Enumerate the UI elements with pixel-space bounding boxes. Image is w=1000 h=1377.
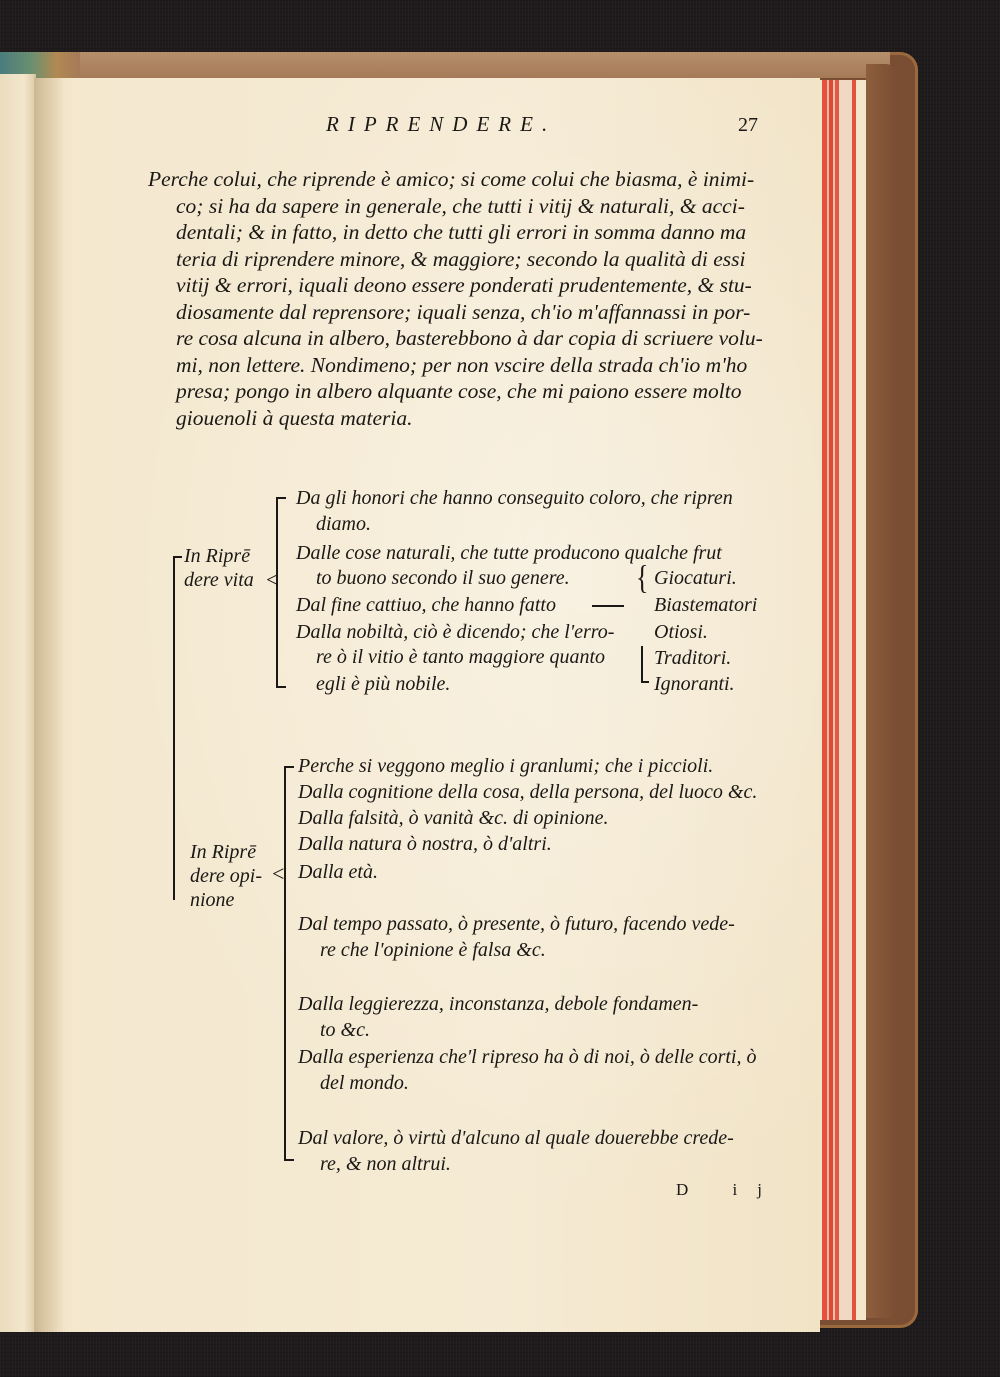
opinione-item: Dalla natura ò nostra, ò d'altri. — [298, 832, 552, 856]
paragraph-line: co; si ha da sapere in generale, che tut… — [148, 193, 808, 220]
opinione-item-cont: re che l'opinione è falsa &c. — [320, 938, 546, 962]
intro-paragraph: Perche colui, che riprende è amico; si c… — [148, 166, 808, 431]
branch-vita-label-line: In Riprē — [184, 544, 250, 568]
opinione-item: Dal valore, ò virtù d'alcuno al quale do… — [298, 1126, 734, 1150]
vita-item: Da gli honori che hanno conseguito color… — [296, 486, 733, 510]
page-number: 27 — [738, 114, 758, 137]
vita-item: Dalla nobiltà, ciò è dicendo; che l'erro… — [296, 620, 614, 644]
vita-item-cont: diamo. — [316, 512, 371, 536]
opinione-item: Dal tempo passato, ò presente, ò futuro,… — [298, 912, 735, 936]
vita-item-cont: egli è più nobile. — [316, 672, 450, 696]
sub-brace: { — [636, 562, 648, 593]
paragraph-line: presa; pongo in albero alquante cose, ch… — [148, 378, 808, 405]
brace-opinione-point: < — [272, 862, 284, 886]
vita-item: Dal fine cattiuo, che hanno fatto — [296, 593, 556, 617]
red-fore-edge — [818, 80, 866, 1320]
paragraph-line: diosamente dal reprensore; iquali senza,… — [148, 299, 808, 326]
paragraph-line: Perche colui, che riprende è amico; si c… — [148, 166, 808, 193]
paragraph-line: mi, non lettere. Nondimeno; per non vsci… — [148, 352, 808, 379]
opinione-item: Dalla cognitione della cosa, della perso… — [298, 780, 757, 804]
master-bracket-top — [174, 556, 182, 558]
brace-vita-bottom — [276, 686, 286, 688]
vita-item-cont: re ò il vitio è tanto maggiore quanto — [316, 645, 605, 669]
sub-bracket-line — [641, 646, 643, 682]
cover-top-edge — [60, 52, 890, 78]
vita-item: Dalle cose naturali, che tutte producono… — [296, 541, 722, 565]
paragraph-line: re cosa alcuna in albero, basterebbono à… — [148, 325, 808, 352]
paragraph-line: vitij & errori, iquali deono essere pond… — [148, 272, 808, 299]
branch-opinione-label-line: dere opi- — [190, 864, 262, 888]
opinione-item-cont: to &c. — [320, 1018, 370, 1042]
vice-item: Traditori. — [654, 646, 731, 670]
vice-item: Giocaturi. — [654, 566, 737, 590]
opinione-item: Dalla esperienza che'l ripreso ha ò di n… — [298, 1045, 756, 1069]
gutter-shadow — [34, 78, 64, 1332]
vice-item: Ignoranti. — [654, 672, 735, 696]
vice-item: Biastematori — [654, 593, 757, 617]
opinione-item: Dalla età. — [298, 860, 378, 884]
opinione-item-cont: re, & non altrui. — [320, 1152, 451, 1176]
paragraph-line: teria di riprendere minore, & maggiore; … — [148, 246, 808, 273]
cover-right-edge — [866, 64, 896, 1318]
vita-item-cont: to buono secondo il suo genere. — [316, 566, 570, 590]
vice-item: Otiosi. — [654, 620, 708, 644]
left-facing-page — [0, 74, 36, 1332]
connector-dash — [592, 605, 624, 607]
brace-opinione-line — [284, 766, 286, 1160]
master-bracket-line — [173, 556, 175, 900]
opinione-item: Dalla leggierezza, inconstanza, debole f… — [298, 992, 698, 1016]
signature-mark: D ij — [676, 1180, 782, 1200]
sub-bracket-bottom — [641, 681, 649, 683]
branch-vita-label-line: dere vita — [184, 568, 254, 592]
brace-opinione-bottom — [284, 1159, 294, 1161]
opinione-item: Perche si veggono meglio i granlumi; che… — [298, 754, 713, 778]
opinione-item-cont: del mondo. — [320, 1071, 409, 1095]
brace-vita-line — [276, 497, 278, 687]
paragraph-line: dentali; & in fatto, in detto che tutti … — [148, 219, 808, 246]
branch-opinione-label-line: nione — [190, 888, 234, 912]
paragraph-line: giouenoli à questa materia. — [148, 405, 808, 432]
opinione-item: Dalla falsità, ò vanità &c. di opinione. — [298, 806, 609, 830]
branch-opinione-label-line: In Riprē — [190, 840, 256, 864]
running-head: RIPRENDERE. — [326, 112, 556, 137]
brace-vita-point: < — [266, 568, 278, 592]
